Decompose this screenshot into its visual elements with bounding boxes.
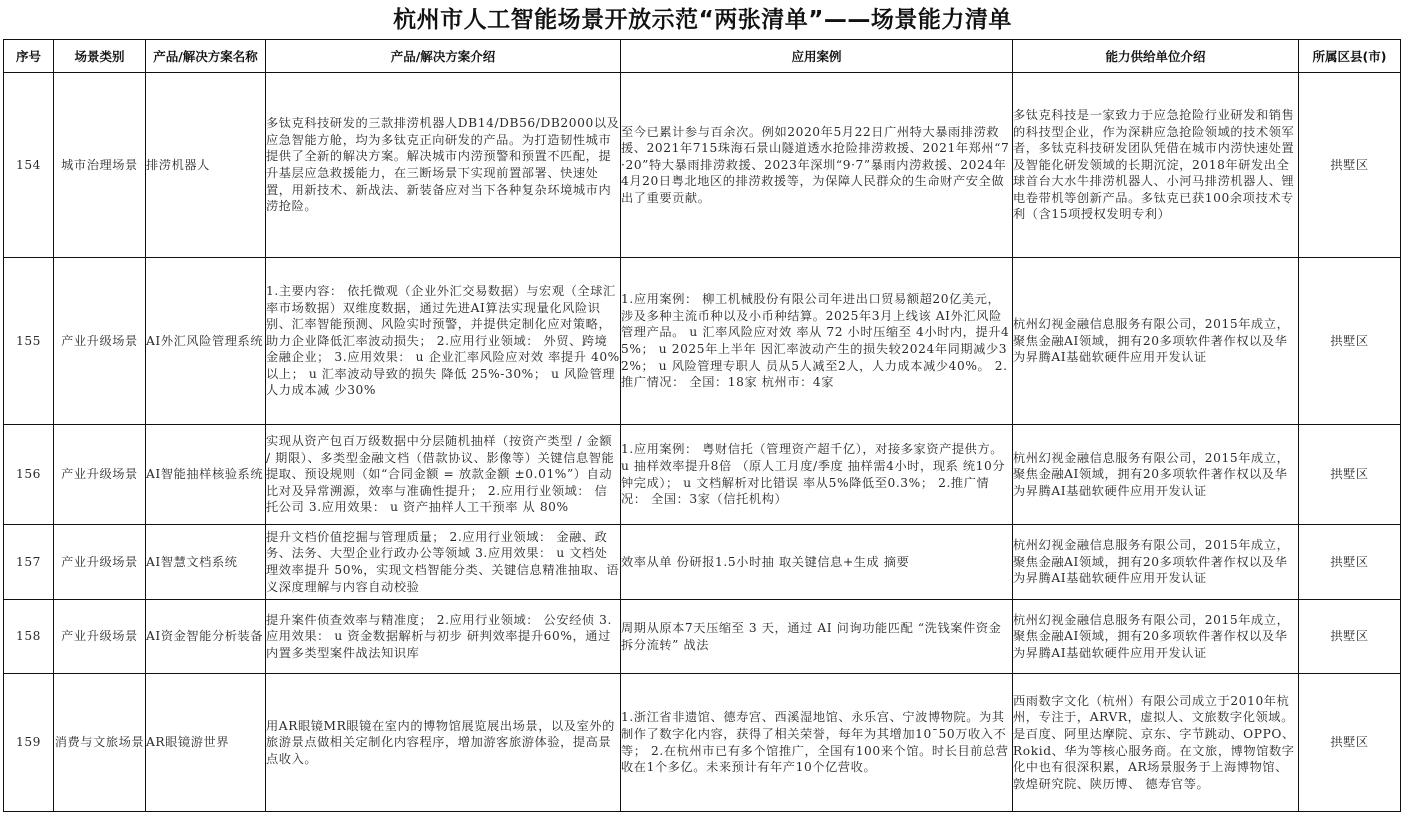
row-index: 154 [4,73,54,258]
row-category: 产业升级场景 [54,258,146,425]
row-cases: 1.应用案例： 粤财信托（管理资产超千亿），对接多家资产提供方。 u 抽样效率提… [621,425,1013,525]
row-product-intro: 多钛克科技研发的三款排涝机器人DB14/DB56/DB2000以及应急智能方舱，… [266,73,621,258]
header-product-name: 产品/解决方案名称 [146,40,266,73]
header-supplier-intro: 能力供给单位介绍 [1013,40,1299,73]
row-supplier-intro: 杭州幻视金融信息服务有限公司，2015年成立，聚焦金融AI领域，拥有20多项软件… [1013,258,1299,425]
row-district: 拱墅区 [1299,73,1401,258]
row-index: 157 [4,525,54,600]
row-product-name: AI资金智能分析装备 [146,600,266,674]
header-category: 场景类别 [54,40,146,73]
scenario-capability-table: 序号 场景类别 产品/解决方案名称 产品/解决方案介绍 应用案例 能力供给单位介… [3,39,1401,812]
row-cases: 效率从单 份研报1.5小时抽 取关键信息+生成 摘要 [621,525,1013,600]
row-district: 拱墅区 [1299,425,1401,525]
row-index: 156 [4,425,54,525]
row-cases: 周期从原本7天压缩至 3 天，通过 AI 问询功能匹配 “洗钱案件资金拆分流转”… [621,600,1013,674]
row-category: 产业升级场景 [54,600,146,674]
table-row: 156 产业升级场景 AI智能抽样核验系统 实现从资产包百万级数据中分层随机抽样… [4,425,1401,525]
row-district: 拱墅区 [1299,258,1401,425]
row-supplier-intro: 杭州幻视金融信息服务有限公司，2015年成立，聚焦金融AI领域，拥有20多项软件… [1013,425,1299,525]
row-category: 城市治理场景 [54,73,146,258]
row-product-name: AI智能抽样核验系统 [146,425,266,525]
row-product-intro: 实现从资产包百万级数据中分层随机抽样（按资产类型 / 金额 / 期限）、多类型金… [266,425,621,525]
row-product-intro: 1.主要内容： 依托微观（企业外汇交易数据）与宏观（全球汇率市场数据）双维度数据… [266,258,621,425]
row-supplier-intro: 杭州幻视金融信息服务有限公司，2015年成立，聚焦金融AI领域，拥有20多项软件… [1013,600,1299,674]
table-row: 158 产业升级场景 AI资金智能分析装备 提升案件侦查效率与精准度； 2.应用… [4,600,1401,674]
row-supplier-intro: 西雨数字文化（杭州）有限公司成立于2010年杭州，专注于，ARVR，虚拟人、文旅… [1013,674,1299,812]
header-index: 序号 [4,40,54,73]
header-product-intro: 产品/解决方案介绍 [266,40,621,73]
row-district: 拱墅区 [1299,525,1401,600]
header-cases: 应用案例 [621,40,1013,73]
header-district: 所属区县(市) [1299,40,1401,73]
row-product-intro: 用AR眼镜MR眼镜在室内的博物馆展览展出场景，以及室外的旅游景点做相关定制化内容… [266,674,621,812]
document-title: 杭州市人工智能场景开放示范“两张清单”——场景能力清单 [0,4,1405,36]
row-product-intro: 提升案件侦查效率与精准度； 2.应用行业领域： 公安经侦 3.应用效果： u 资… [266,600,621,674]
table-row: 155 产业升级场景 AI外汇风险管理系统 1.主要内容： 依托微观（企业外汇交… [4,258,1401,425]
table-row: 154 城市治理场景 排涝机器人 多钛克科技研发的三款排涝机器人DB14/DB5… [4,73,1401,258]
row-product-name: 排涝机器人 [146,73,266,258]
row-index: 159 [4,674,54,812]
row-category: 产业升级场景 [54,525,146,600]
row-product-name: AR眼镜游世界 [146,674,266,812]
row-product-name: AI外汇风险管理系统 [146,258,266,425]
row-product-intro: 提升文档价值挖掘与管理质量； 2.应用行业领域： 金融、政务、法务、大型企业行政… [266,525,621,600]
row-category: 消费与文旅场景 [54,674,146,812]
row-cases: 1.浙江省非遗馆、德寿宫、西溪湿地馆、永乐宫、宁波博物院。为其制作了数字化内容，… [621,674,1013,812]
row-district: 拱墅区 [1299,600,1401,674]
table-row: 157 产业升级场景 AI智慧文档系统 提升文档价值挖掘与管理质量； 2.应用行… [4,525,1401,600]
row-category: 产业升级场景 [54,425,146,525]
row-cases: 1.应用案例： 柳工机械股份有限公司年进出口贸易额超20亿美元，涉及多种主流币种… [621,258,1013,425]
table-header-row: 序号 场景类别 产品/解决方案名称 产品/解决方案介绍 应用案例 能力供给单位介… [4,40,1401,73]
row-supplier-intro: 多钛克科技是一家致力于应急抢险行业研发和销售的科技型企业，作为深耕应急抢险领域的… [1013,73,1299,258]
row-cases: 至今已累计参与百余次。例如2020年5月22日广州特大暴雨排涝救援、2021年7… [621,73,1013,258]
row-index: 158 [4,600,54,674]
row-index: 155 [4,258,54,425]
table-row: 159 消费与文旅场景 AR眼镜游世界 用AR眼镜MR眼镜在室内的博物馆展览展出… [4,674,1401,812]
row-supplier-intro: 杭州幻视金融信息服务有限公司，2015年成立，聚焦金融AI领域，拥有20多项软件… [1013,525,1299,600]
row-product-name: AI智慧文档系统 [146,525,266,600]
row-district: 拱墅区 [1299,674,1401,812]
